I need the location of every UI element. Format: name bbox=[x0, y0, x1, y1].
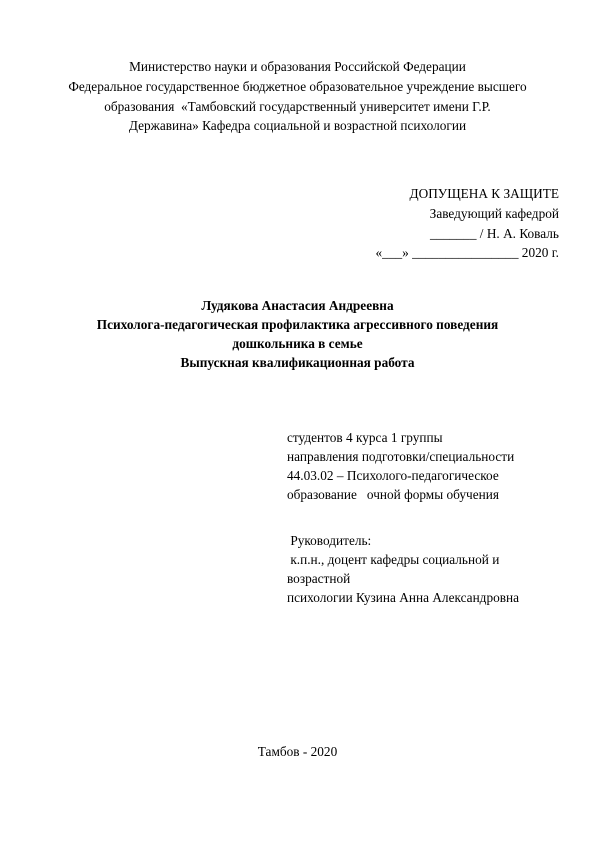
approval-line: Заведующий кафедрой bbox=[430, 205, 559, 222]
header-line: Федеральное государственное бюджетное об… bbox=[0, 78, 595, 95]
student-info-line: направления подготовки/специальности bbox=[287, 448, 514, 465]
header-line: Министерство науки и образования Российс… bbox=[0, 58, 595, 75]
student-info-line: 44.03.02 – Психолого-педагогическое bbox=[287, 467, 499, 484]
author-name: Лудякова Анастасия Андреевна bbox=[0, 297, 595, 314]
approval-line: ДОПУЩЕНА К ЗАЩИТЕ bbox=[410, 185, 559, 202]
thesis-title-line: Психолога-педагогическая профилактика аг… bbox=[0, 316, 595, 333]
city-year: Тамбов - 2020 bbox=[0, 743, 595, 760]
thesis-title-line: дошкольника в семье bbox=[0, 335, 595, 352]
supervisor-line: психологии Кузина Анна Александровна bbox=[287, 589, 519, 606]
supervisor-line: возрастной bbox=[287, 570, 350, 587]
approval-line: «___» ________________ 2020 г. bbox=[376, 244, 559, 261]
work-type: Выпускная квалификационная работа bbox=[0, 354, 595, 371]
student-info-line: образование очной формы обучения bbox=[287, 486, 499, 503]
student-info-line: студентов 4 курса 1 группы bbox=[287, 429, 443, 446]
header-line: образования «Тамбовский государственный … bbox=[0, 98, 595, 115]
approval-line: _______ / Н. А. Коваль bbox=[430, 225, 559, 242]
supervisor-line: Руководитель: bbox=[287, 532, 371, 549]
header-line: Державина» Кафедра социальной и возрастн… bbox=[0, 117, 595, 134]
supervisor-line: к.п.н., доцент кафедры социальной и bbox=[287, 551, 499, 568]
